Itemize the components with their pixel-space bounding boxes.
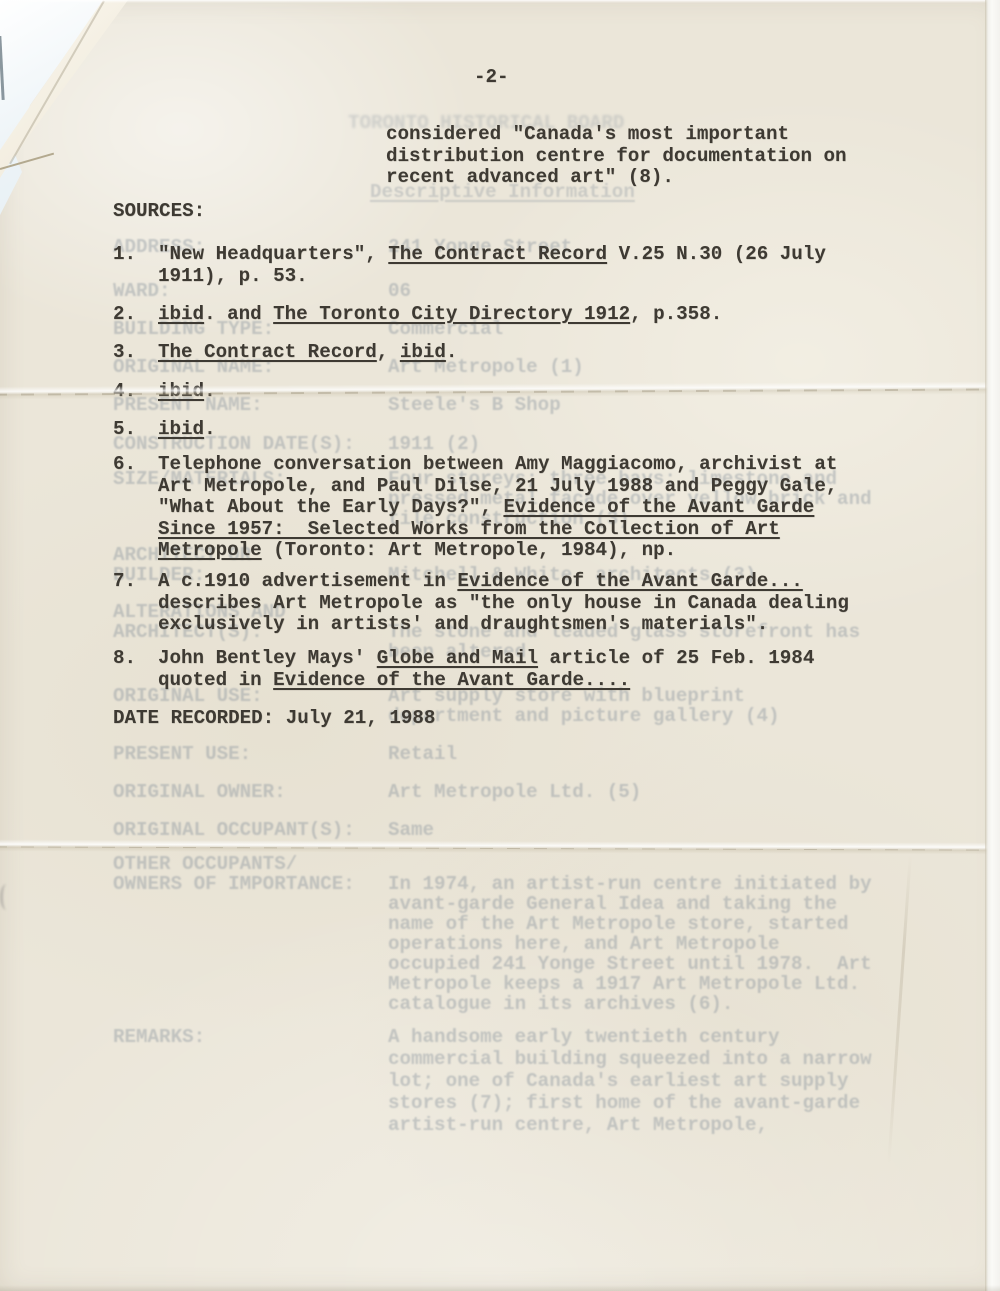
item-number: 8. [113, 648, 158, 691]
text-segment: article of 25 Feb. 1984 [538, 647, 814, 669]
item-number: 5. [113, 419, 158, 441]
item-number: 6. [113, 454, 158, 562]
text-segment: 1911), p. 53. [158, 265, 308, 287]
source-item: 5.ibid. [113, 419, 216, 441]
text-segment: "New Headquarters", [158, 243, 388, 265]
source-item: 1."New Headquarters", The Contract Recor… [113, 244, 826, 287]
item-number: 2. [113, 304, 158, 326]
text-segment: (Toronto: Art Metropole, 1984), np. [262, 539, 677, 561]
item-number: 1. [113, 244, 158, 287]
text-line: describes Art Metropole as "the only hou… [158, 593, 849, 615]
item-lines: Telephone conversation between Amy Maggi… [158, 454, 837, 562]
text-line: Art Metropole, and Paul Dilse, 21 July 1… [158, 476, 837, 498]
underlined-text: The Contract Record [158, 341, 377, 363]
page-bottom-edge [0, 1285, 1000, 1291]
item-lines: A c.1910 advertisement in Evidence of th… [158, 571, 849, 636]
text-line: ibid. [158, 419, 216, 441]
quote-line: considered "Canada's most important [386, 124, 847, 146]
text-line: ibid. and The Toronto City Directory 191… [158, 304, 722, 326]
text-line: Since 1957: Selected Works from the Coll… [158, 519, 837, 541]
text-line: exclusively in artists' and draughtsmen'… [158, 614, 849, 636]
source-item: 8.John Bentley Mays' Globe and Mail arti… [113, 648, 814, 691]
item-lines: ibid. and The Toronto City Directory 191… [158, 304, 722, 326]
sources-heading: SOURCES: [113, 201, 205, 223]
text-segment: Telephone conversation between Amy Maggi… [158, 453, 837, 475]
underlined-text: Since 1957: Selected Works from the Coll… [158, 518, 780, 540]
text-segment: , p.358. [630, 303, 722, 325]
text-segment: . and [204, 303, 273, 325]
text-line: 1911), p. 53. [158, 266, 826, 288]
source-item: 3.The Contract Record, ibid. [113, 342, 457, 364]
underlined-text: ibid [158, 418, 204, 440]
text-line: Metropole (Toronto: Art Metropole, 1984)… [158, 540, 837, 562]
page-number: -2- [474, 67, 509, 89]
text-segment: V.25 N.30 (26 July [607, 243, 826, 265]
text-segment: A c.1910 advertisement in [158, 570, 457, 592]
item-number: 3. [113, 342, 158, 364]
underlined-text: Globe and Mail [377, 647, 538, 669]
item-lines: The Contract Record, ibid. [158, 342, 457, 364]
underlined-text: Evidence of the Avant Garde [503, 496, 814, 518]
quote-block: considered "Canada's most importantdistr… [386, 124, 847, 189]
underlined-text: Evidence of the Avant Garde.... [273, 669, 630, 691]
text-line: John Bentley Mays' Globe and Mail articl… [158, 648, 814, 670]
source-item: 2.ibid. and The Toronto City Directory 1… [113, 304, 722, 326]
text-line: "What About the Early Days?", Evidence o… [158, 497, 837, 519]
text-segment: Art Metropole, and Paul Dilse, 21 July 1… [158, 475, 837, 497]
text-segment: . [204, 418, 216, 440]
text-line: Telephone conversation between Amy Maggi… [158, 454, 837, 476]
source-item: 6.Telephone conversation between Amy Mag… [113, 454, 837, 562]
text-line: "New Headquarters", The Contract Record … [158, 244, 826, 266]
text-segment: exclusively in artists' and draughtsmen'… [158, 613, 768, 635]
text-segment: quoted in [158, 669, 273, 691]
text-segment: John Bentley Mays' [158, 647, 377, 669]
underlined-text: The Toronto City Directory 1912 [273, 303, 630, 325]
item-lines: "New Headquarters", The Contract Record … [158, 244, 826, 287]
text-line: quoted in Evidence of the Avant Garde...… [158, 670, 814, 692]
underlined-text: ibid [400, 341, 446, 363]
date-recorded-line: DATE RECORDED: July 21, 1988 [113, 708, 435, 730]
text-segment: describes Art Metropole as "the only hou… [158, 592, 849, 614]
page-top-edge [0, 0, 1000, 3]
page-right-edge [985, 0, 1000, 1291]
typewritten-content: -2- considered "Canada's most importantd… [0, 0, 1000, 1291]
underlined-text: ibid [158, 303, 204, 325]
edge-smudge [0, 884, 13, 910]
item-number: 7. [113, 571, 158, 636]
quote-line: distribution centre for documentation on [386, 146, 847, 168]
item-lines: John Bentley Mays' Globe and Mail articl… [158, 648, 814, 691]
item-lines: ibid. [158, 419, 216, 441]
scanned-page: TORONTO HISTORICAL BOARD Descriptive Inf… [0, 0, 1000, 1291]
text-segment: "What About the Early Days?", [158, 496, 503, 518]
text-segment: . [446, 341, 458, 363]
quote-line: recent advanced art" (8). [386, 167, 847, 189]
text-segment: , [377, 341, 400, 363]
text-line: The Contract Record, ibid. [158, 342, 457, 364]
source-item: 7.A c.1910 advertisement in Evidence of … [113, 571, 849, 636]
underlined-text: Metropole [158, 539, 262, 561]
underlined-text: Evidence of the Avant Garde... [457, 570, 802, 592]
underlined-text: The Contract Record [388, 243, 607, 265]
text-line: A c.1910 advertisement in Evidence of th… [158, 571, 849, 593]
